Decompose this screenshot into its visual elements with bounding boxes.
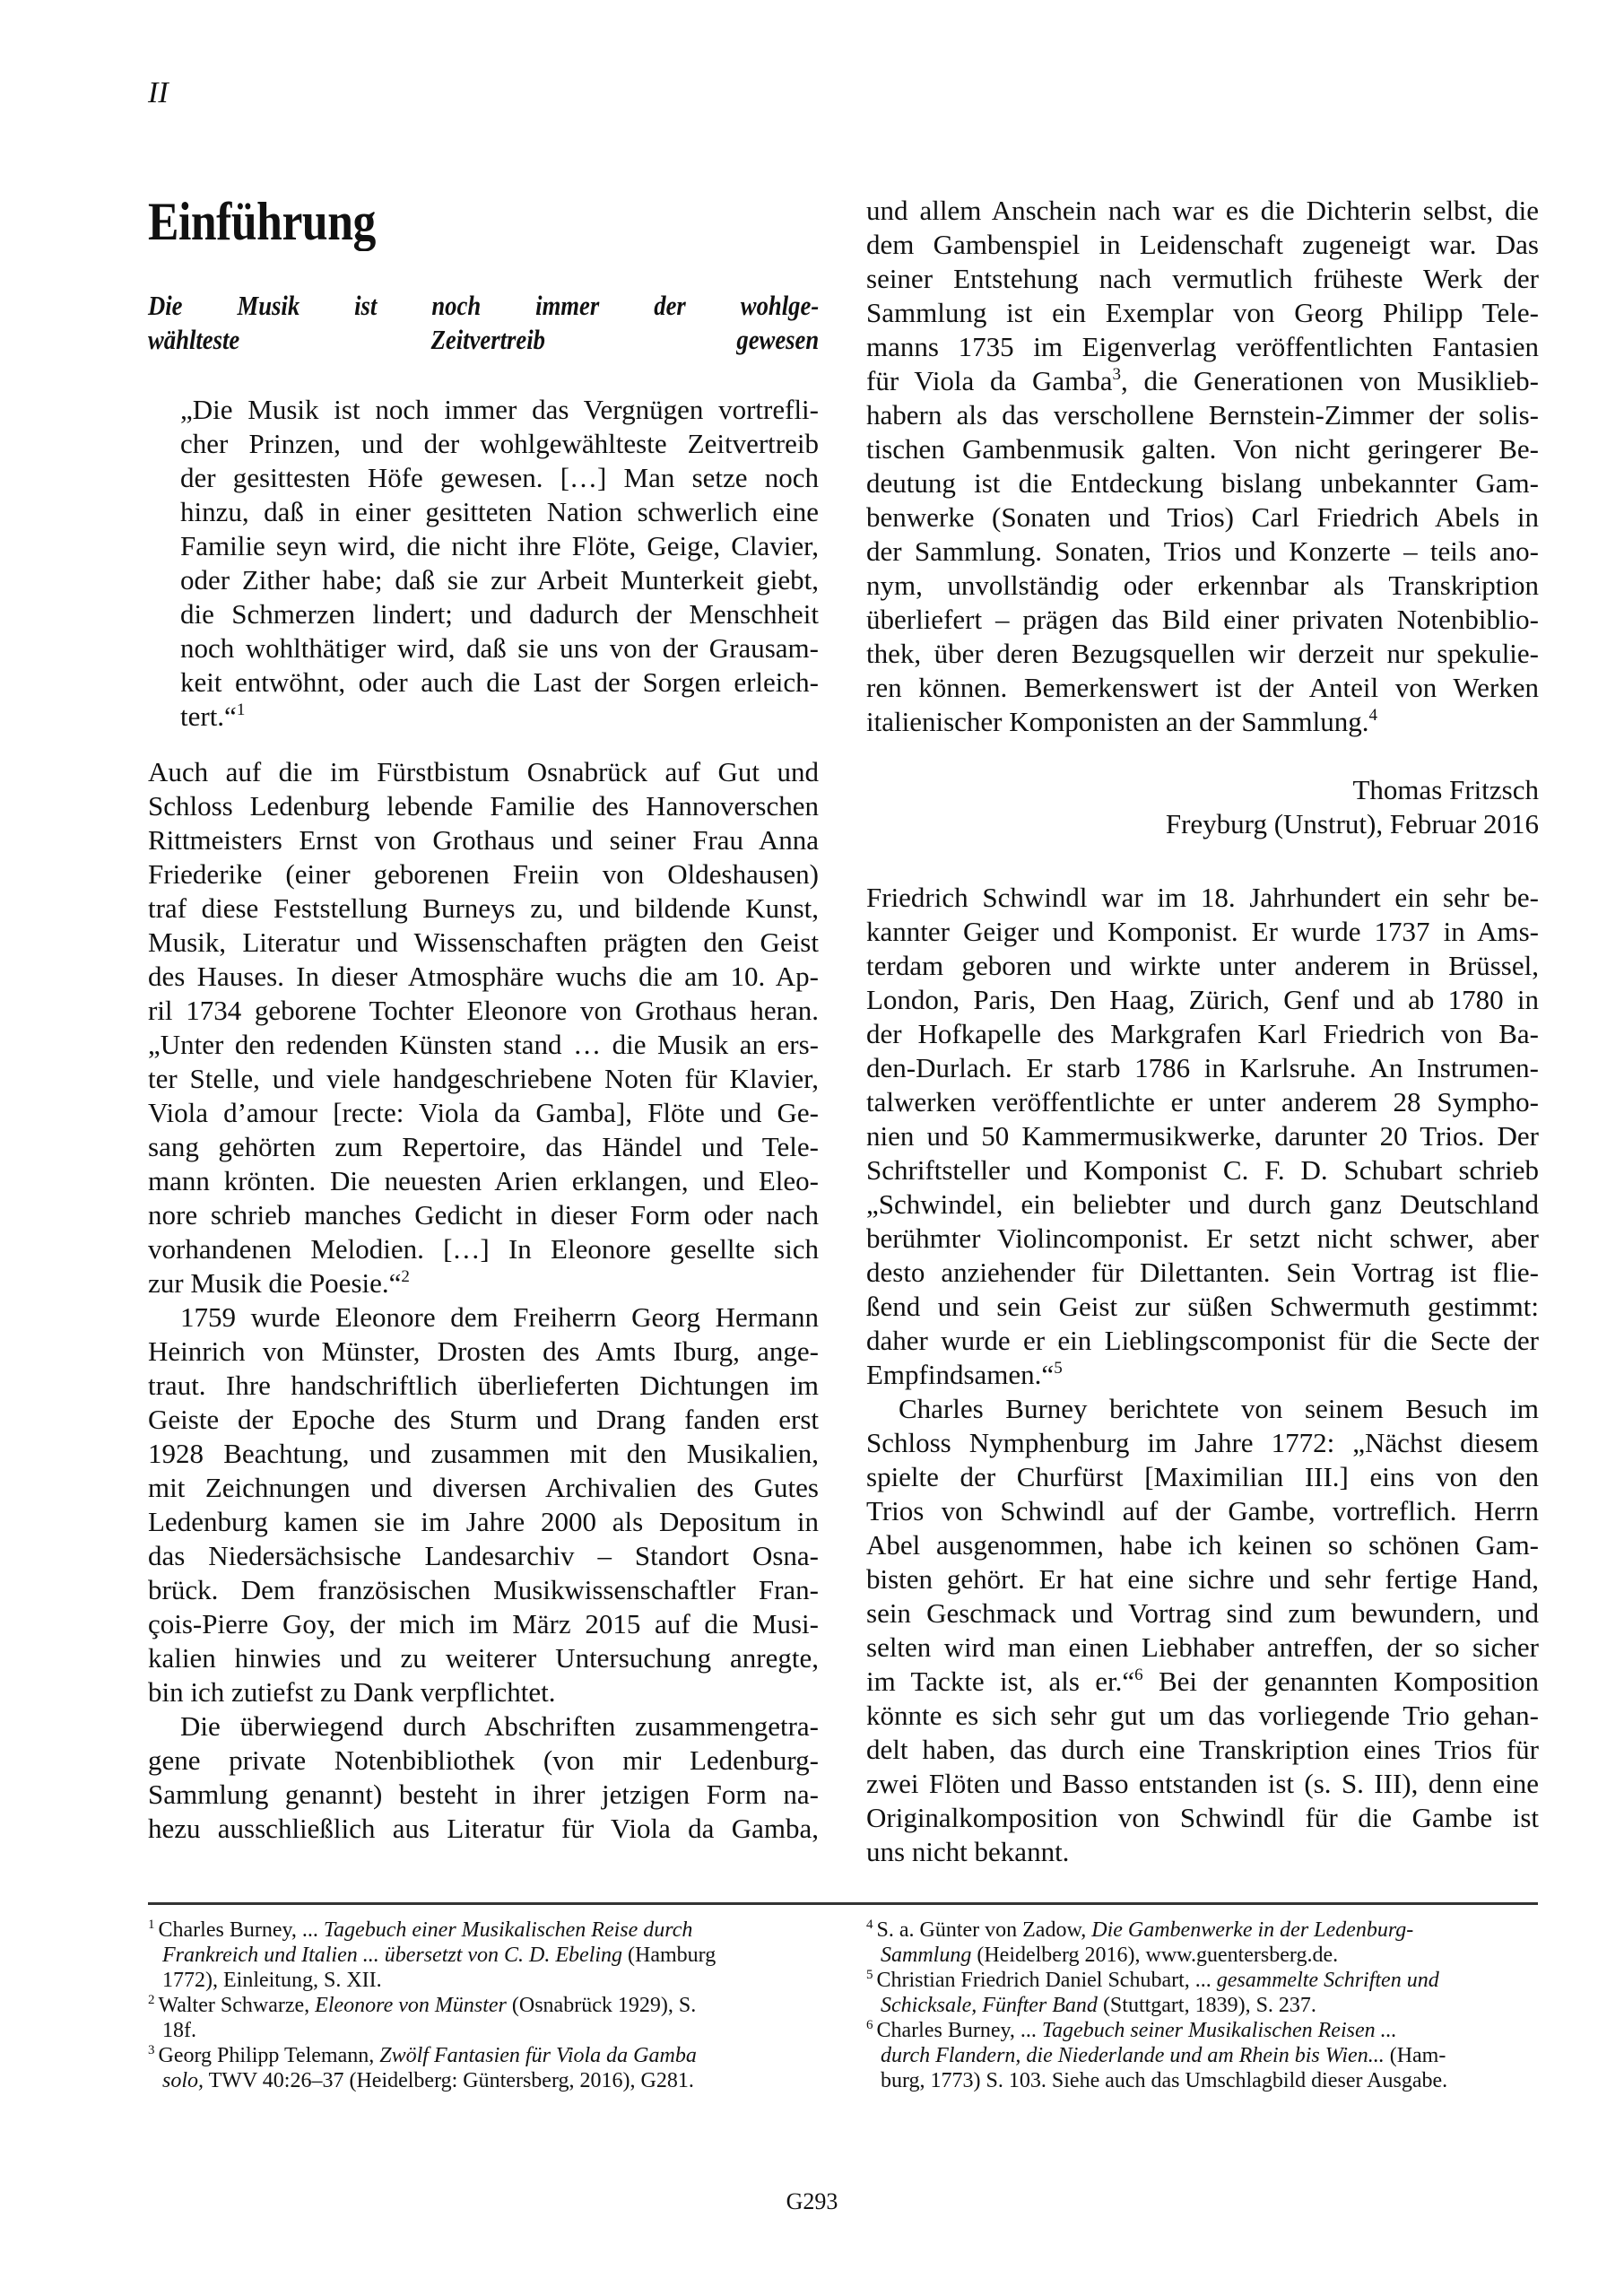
footnote-ref[interactable]: 6 [1134,1665,1143,1684]
paragraph: Die überwiegend durch Abschriften zusamm… [148,1709,819,1846]
footnote-line: 6Charles Burney, ... Tagebuch seiner Mus… [866,2018,1539,2043]
paragraph: Friedrich Schwindl war im 18. Jahrhunder… [866,881,1539,1392]
text-line: Rittmeisters Ernst von Grothaus und sein… [148,823,819,857]
text-line: Viola d’amour [recte: Viola da Gamba], F… [148,1096,819,1130]
footnote-line: Schicksale, Fünfter Band (Stuttgart, 183… [866,1993,1539,2018]
footnote-title-text: Tagebuch seiner Musikalischen Reisen ... [1042,2019,1397,2042]
text-line: zwei Flöten und Basso entstanden ist (s.… [866,1767,1539,1801]
footnote-rule [148,1902,1538,1905]
footnote-text: (Hamburg [622,1944,716,1967]
footnote-ref[interactable]: 5 [1054,1359,1063,1378]
text-line: mit Zeichnungen und diversen Archivalien… [148,1471,819,1505]
text-line: für Viola da Gamba3, die Generationen vo… [866,364,1539,398]
footnote-text: S. a. Günter von Zadow, [877,1918,1092,1942]
text-line: ter Stelle, und viele handgeschriebene N… [148,1062,819,1096]
footnote-title-text: Die Gambenwerke in der Ledenburg- [1091,1918,1413,1942]
text-line: im Tackte ist, als er.“6 Bei der genannt… [866,1665,1539,1699]
footnote: 2Walter Schwarze, Eleonore von Münster (… [148,1993,794,2043]
text-line: thek, über deren Bezugsquellen wir derze… [866,637,1539,671]
text-line: Trios von Schwindl auf der Gambe, vortre… [866,1494,1539,1528]
text-line: çois-Pierre Goy, der mich im März 2015 a… [148,1607,819,1641]
footnotes-right: 4S. a. Günter von Zadow, Die Gambenwerke… [866,1918,1539,2093]
text-line: keit entwöhnt, oder auch die Last der So… [180,665,819,700]
text-line: Friedrich Schwindl war im 18. Jahrhunder… [866,881,1539,915]
paragraph: 1759 wurde Eleonore dem Freiherrn Georg … [148,1300,819,1709]
text-line: Sammlung genannt) besteht in ihrer jetzi… [148,1778,819,1812]
text-line: nym, unvollständig oder erkennbar als Tr… [866,569,1539,603]
text-line: „Unter den redenden Künsten stand … die … [148,1028,819,1062]
text-line: gene private Notenbibliothek (von mir Le… [148,1744,819,1778]
text-line: hezu ausschließlich aus Literatur für Vi… [148,1812,819,1846]
footnote-line: durch Flandern, die Niederlande und am R… [866,2043,1539,2068]
footnote-title-text: durch Flandern, die Niederlande und am R… [881,2044,1385,2067]
text-line: kalien hinwies und zu weiterer Untersuch… [148,1641,819,1675]
text-line: ren können. Bemerkenswert ist der Anteil… [866,671,1539,705]
text-line: brück. Dem französischen Musikwissenscha… [148,1573,819,1607]
text-line: noch wohlthätiger wird, daß sie uns von … [180,631,819,665]
text-line: Schloss Ledenburg lebende Familie des Ha… [148,789,819,823]
footnote-line: 1Charles Burney, ... Tagebuch einer Musi… [148,1918,794,1943]
footnote: 1Charles Burney, ... Tagebuch einer Musi… [148,1918,794,1993]
text-line: manns 1735 im Eigenverlag veröffentlicht… [866,330,1539,364]
text-line: delt haben, das durch eine Transkription… [866,1733,1539,1767]
text-line: Auch auf die im Fürstbistum Osnabrück au… [148,755,819,789]
text-line: der Hofkapelle des Markgrafen Karl Fried… [866,1017,1539,1051]
text-line: terdam geboren und wirkte unter anderem … [866,949,1539,983]
footnote-line: 5Christian Friedrich Daniel Schubart, ..… [866,1968,1539,1993]
page-number: G293 [0,2188,1624,2215]
text-line: die Schmerzen lindert; und dadurch der M… [180,597,819,631]
footnote-text: burg, 1773) S. 103. Siehe auch das Umsch… [881,2069,1447,2092]
text-line: der gesittesten Höfe gewesen. […] Man se… [180,461,819,495]
footnote-number: 1 [148,1918,155,1932]
section-subtitle: Die Musik ist noch immer der wohlge- wäh… [148,289,819,357]
text-line: Schloss Nymphenburg im Jahre 1772: „Näch… [866,1426,1539,1460]
text-line: traf diese Feststellung Burneys zu, und … [148,891,819,926]
footnote: 4S. a. Günter von Zadow, Die Gambenwerke… [866,1918,1539,1968]
footnote-number: 5 [866,1968,873,1982]
footnote-title-text: Zwölf Fantasien für Viola da Gamba [379,2044,697,2067]
text-line: tert.“1 [180,700,819,734]
footnote-ref[interactable]: 2 [401,1267,410,1286]
text-line: der Sammlung. Sonaten, Trios und Konzert… [866,535,1539,569]
text-line: den-Durlach. Er starb 1786 in Karlsruhe.… [866,1051,1539,1085]
footnote-title-text: Schicksale, Fünfter Band [881,1994,1098,2017]
footnote-title-text: Eleonore von Münster [315,1994,507,2017]
text-line: seiner Entstehung nach vermutlich frühes… [866,262,1539,296]
text-line: „Die Musik ist noch immer das Vergnügen … [180,393,819,427]
text-line: überliefert – prägen das Bild einer priv… [866,603,1539,637]
text-line: Originalkomposition von Schwindl für die… [866,1801,1539,1835]
text-line: sang gehörten zum Repertoire, das Händel… [148,1130,819,1164]
text-line: Heinrich von Münster, Drosten des Amts I… [148,1335,819,1369]
text-line: Ledenburg kamen sie im Jahre 2000 als De… [148,1505,819,1539]
text-line: deutung ist die Entdeckung bislang unbek… [866,466,1539,500]
text-line: 1928 Beachtung, und zusammen mit den Mus… [148,1437,819,1471]
text-line: daher wurde er ein Lieblingscomponist fü… [866,1324,1539,1358]
footnote-text: (Ham- [1385,2044,1446,2067]
text-line: italienischer Komponisten an der Sammlun… [866,705,1539,739]
text-line: talwerken veröffentlichte er unter ander… [866,1085,1539,1119]
text-line: könnte es sich sehr gut um das vorliegen… [866,1699,1539,1733]
footnote-title-text: Sammlung [881,1944,971,1967]
text-line: dem Gambenspiel in Leidenschaft zugeneig… [866,228,1539,262]
footnote-title-text: Tagebuch einer Musikalischen Reise durch [324,1918,692,1942]
text-line: berühmter Violincomponist. Er setzt nich… [866,1222,1539,1256]
text-line: mann krönten. Die neuesten Arien erklang… [148,1164,819,1198]
footnote-text: 18f. [162,2019,196,2042]
text-line: sein Geschmack und Vortrag sind zum bewu… [866,1596,1539,1631]
paragraph: Charles Burney berichtete von seinem Bes… [866,1392,1539,1869]
text-line: Musik, Literatur und Wissenschaften präg… [148,926,819,960]
footnote-line: Frankreich und Italien ... übersetzt von… [148,1943,794,1968]
text-line: London, Paris, Den Haag, Zürich, Genf un… [866,983,1539,1017]
text-line: desto anziehender für Dilettanten. Sein … [866,1256,1539,1290]
text-line: bin ich zutiefst zu Dank verpflichtet. [148,1675,819,1709]
text-line: „Schwindel, ein beliebter und durch ganz… [866,1187,1539,1222]
footnote-text: TWV 40:26–37 (Heidelberg: Güntersberg, 2… [204,2069,694,2092]
footnote: 5Christian Friedrich Daniel Schubart, ..… [866,1968,1539,2018]
text-line: Geiste der Epoche des Sturm und Drang fa… [148,1403,819,1437]
text-line: spielte der Churfürst [Maximilian III.] … [866,1460,1539,1494]
footnote-line: solo, TWV 40:26–37 (Heidelberg: Güntersb… [148,2068,794,2093]
subtitle-line: Die Musik ist noch immer der wohlge- [148,289,819,323]
text-line: Die überwiegend durch Abschriften zusamm… [148,1709,819,1744]
footnote-text: Charles Burney, ... [159,1918,324,1942]
text-line: oder Zither habe; daß sie zur Arbeit Mun… [180,563,819,597]
text-line: uns nicht bekannt. [866,1835,1539,1869]
text-line: benwerke (Sonaten und Trios) Carl Friedr… [866,500,1539,535]
text-line: Schriftsteller und Komponist C. F. D. Sc… [866,1153,1539,1187]
footnote-ref[interactable]: 1 [237,700,246,719]
text-line: 1759 wurde Eleonore dem Freiherrn Georg … [148,1300,819,1335]
footnote-number: 3 [148,2043,155,2057]
page-title: Einführung [148,190,376,253]
footnote-text: (Stuttgart, 1839), S. 237. [1098,1994,1316,2017]
page-folio: II [148,75,169,111]
footnote-text: (Heidelberg 2016), www.guentersberg.de. [971,1944,1338,1967]
footnote-text: (Osnabrück 1929), S. [507,1994,696,2017]
footnote-ref[interactable]: 4 [1368,706,1377,725]
text-line: das Niedersächsische Landesarchiv – Stan… [148,1539,819,1573]
footnote-number: 6 [866,2018,873,2032]
text-line: ßend und sein Geist zur süßen Schwermuth… [866,1290,1539,1324]
footnote-line: 3Georg Philipp Telemann, Zwölf Fantasien… [148,2043,794,2068]
text-line: habern als das verschollene Bernstein-Zi… [866,398,1539,432]
text-line: Empfindsamen.“5 [866,1358,1539,1392]
paragraph: und allem Anschein nach war es die Dicht… [866,194,1539,739]
text-line: Abel ausgenommen, habe ich keinen so sch… [866,1528,1539,1562]
footnote-text: Georg Philipp Telemann, [159,2044,380,2067]
text-line: Familie seyn wird, die nicht ihre Flöte,… [180,529,819,563]
text-line: und allem Anschein nach war es die Dicht… [866,194,1539,228]
footnote-text: Walter Schwarze, [159,1994,316,2017]
signature-author: Thomas Fritzsch [866,773,1539,807]
text-line: ril 1734 geborene Tochter Eleonore von G… [148,994,819,1028]
footnote-ref[interactable]: 3 [1113,365,1122,384]
text-line: nien und 50 Kammermusikwerke, darunter 2… [866,1119,1539,1153]
footnote-line: 2Walter Schwarze, Eleonore von Münster (… [148,1993,794,2018]
footnote-number: 2 [148,1993,155,2007]
footnote-line: 1772), Einleitung, S. XII. [148,1968,794,1993]
text-line: vorhandenen Melodien. […] In Eleonore ge… [148,1232,819,1266]
footnote: 6Charles Burney, ... Tagebuch seiner Mus… [866,2018,1539,2093]
footnote-text: 1772), Einleitung, S. XII. [162,1969,382,1992]
text-line: Sammlung ist ein Exemplar von Georg Phil… [866,296,1539,330]
footnote-text: Christian Friedrich Daniel Schubart, ... [877,1969,1217,1992]
subtitle-line: wählteste Zeitvertreib gewesen [148,323,819,357]
text-line: cher Prinzen, und der wohlgewählteste Ze… [180,427,819,461]
text-line: selten wird man einen Liebhaber antreffe… [866,1631,1539,1665]
text-line: nore schrieb manches Gedicht in dieser F… [148,1198,819,1232]
text-line: traut. Ihre handschriftlich überlieferte… [148,1369,819,1403]
footnote-title-text: solo, [162,2069,204,2092]
footnote-line: Sammlung (Heidelberg 2016), www.guenters… [866,1943,1539,1968]
footnote-title-text: Frankreich und Italien ... übersetzt von… [162,1944,622,1967]
footnote-title-text: gesammelte Schriften und [1217,1969,1439,1992]
text-line: tischen Gambenmusik galten. Von nicht ge… [866,432,1539,466]
text-line: zur Musik die Poesie.“2 [148,1266,819,1300]
text-line: Friederike (einer geborenen Freiin von O… [148,857,819,891]
text-line: des Hauses. In dieser Atmosphäre wuchs d… [148,960,819,994]
footnote-line: burg, 1773) S. 103. Siehe auch das Umsch… [866,2068,1539,2093]
footnote-line: 4S. a. Günter von Zadow, Die Gambenwerke… [866,1918,1539,1943]
footnote-text: Charles Burney, ... [877,2019,1042,2042]
signature-place-date: Freyburg (Unstrut), Februar 2016 [866,807,1539,841]
signature: Thomas Fritzsch Freyburg (Unstrut), Febr… [866,773,1539,841]
footnote: 3Georg Philipp Telemann, Zwölf Fantasien… [148,2043,794,2093]
text-line: hinzu, daß in einer gesitteten Nation sc… [180,495,819,529]
footnote-number: 4 [866,1918,873,1932]
footnotes-left: 1Charles Burney, ... Tagebuch einer Musi… [148,1918,794,2093]
epigraph-quote: „Die Musik ist noch immer das Vergnügen … [148,393,819,734]
text-line: bisten gehört. Er hat eine sichre und se… [866,1562,1539,1596]
text-line: kannter Geiger und Komponist. Er wurde 1… [866,915,1539,949]
footnote-line: 18f. [148,2018,794,2043]
text-line: Charles Burney berichtete von seinem Bes… [866,1392,1539,1426]
paragraph: Auch auf die im Fürstbistum Osnabrück au… [148,755,819,1300]
